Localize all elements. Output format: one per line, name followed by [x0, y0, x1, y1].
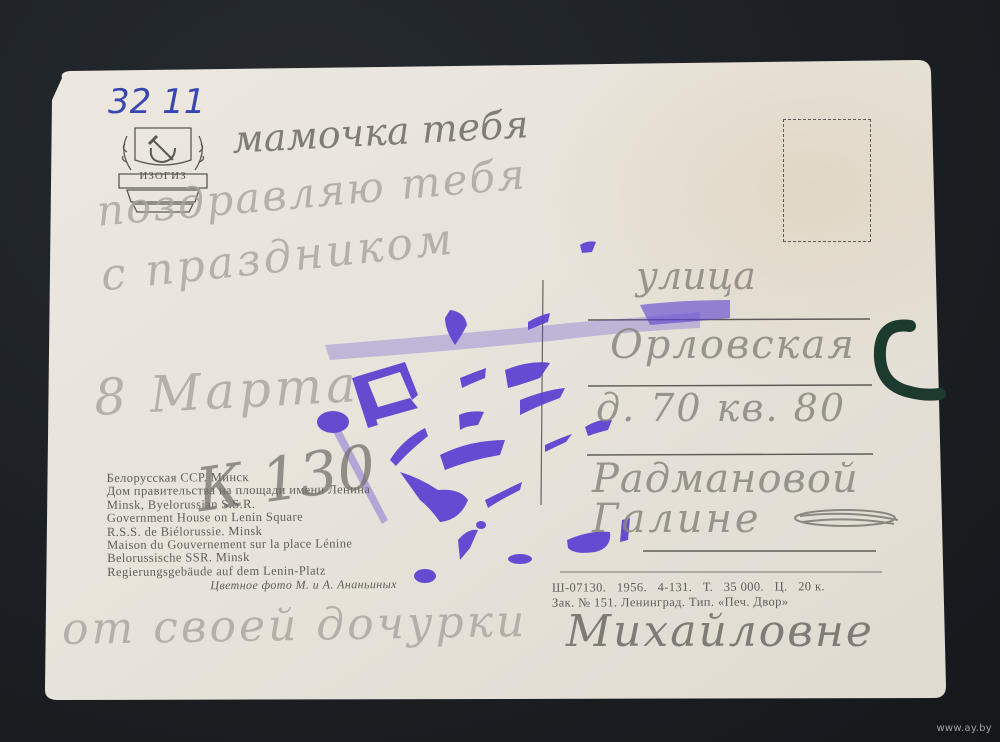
address-line: д. 70 кв. 80	[596, 386, 846, 430]
stamp-placeholder	[783, 119, 871, 242]
postcard: 32 11 ИЗОГИЗ Белорусская ССР. Минск Дом …	[0, 0, 1000, 742]
address-line: Михайловне	[566, 606, 874, 657]
imprint-line: Ш-07130. 1956. 4-131. Т. 35 000. Ц. 20 к…	[552, 579, 825, 595]
address-line: Галине	[592, 496, 762, 542]
inventory-number: 32 11	[108, 82, 205, 122]
address-line: Орловская	[610, 322, 856, 368]
watermark: www.ay.by	[936, 723, 992, 734]
address-line: улица	[636, 254, 756, 298]
message-line: от своей дочурки	[62, 596, 528, 655]
crossed-out-scribble	[790, 500, 910, 540]
photo-credit: Цветное фото М. и А. Ананьиных	[107, 578, 397, 593]
